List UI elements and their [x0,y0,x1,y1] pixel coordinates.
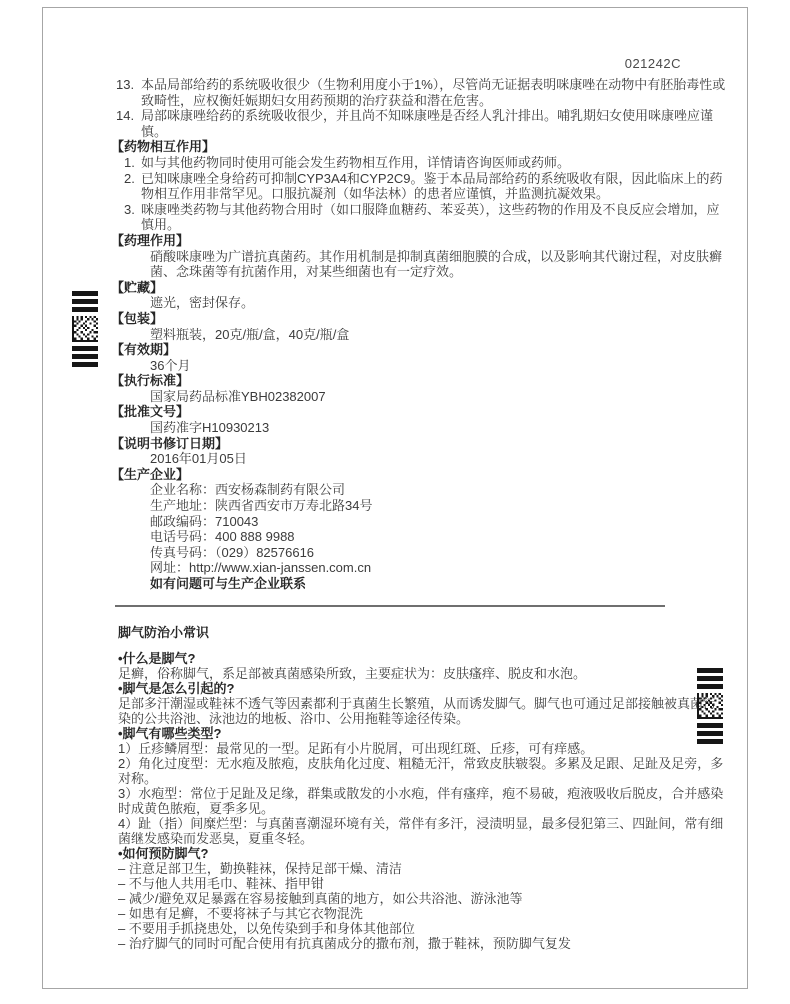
section-heading-storage: 【贮藏】 [111,280,727,296]
tips-answer-line: – 治疗脚气的同时可配合使用有抗真菌成分的撒布剂，撒于鞋袜，预防脚气复发 [118,936,724,951]
section-body-standard: 国家局药品标准YBH02382007 [150,389,727,405]
section-body-shelf-life: 36个月 [150,358,727,374]
section-heading-drug-interactions: 【药物相互作用】 [111,139,727,155]
tips-answer-line: 1）丘疹鳞屑型：最常见的一型。足跖有小片脱屑，可出现红斑、丘疹，可有痒感。 [118,741,724,756]
contact-note: 如有问题可与生产企业联系 [150,576,727,592]
list-text: 本品局部给药的系统吸收很少（生物利用度小于1%），尽管尚无证据表明咪康唑在动物中… [141,77,727,108]
section-body-revision-date: 2016年01月05日 [150,451,727,467]
section-heading-revision-date: 【说明书修订日期】 [111,436,727,452]
tips-answer-line: 3）水疱型：常位于足趾及足缘，群集或散发的小水疱，伴有瘙痒，疱不易破，疱液吸收后… [118,786,724,816]
tips-question: •脚气是怎么引起的? [118,681,724,696]
interaction-item-2: 2. 已知咪康唑全身给药可抑制CYP3A4和CYP2C9。鉴于本品局部给药的系统… [111,171,727,202]
list-number: 13. [111,77,141,108]
interaction-item-3: 3. 咪康唑类药物与其他药物合用时（如口服降血糖药、苯妥英），这些药物的作用及不… [111,202,727,233]
section-heading-pharmacology: 【药理作用】 [111,233,727,249]
manufacturer-fax-line: 传真号码：（029）82576616 [150,545,727,561]
precaution-item-14: 14. 局部咪康唑给药的系统吸收很少，并且尚不知咪康唑是否经人乳汁排出。哺乳期妇… [111,108,727,139]
section-heading-approval-number: 【批准文号】 [111,404,727,420]
package-insert-page: 021242C 13. 本品局部给药的系统吸收很少（生物利用度小于1%），尽管尚… [42,7,748,989]
section-heading-packaging: 【包装】 [111,311,727,327]
manufacturer-phone-line: 电话号码：400 888 9988 [150,529,727,545]
barcode-bars-icon [72,291,98,312]
manufacturer-name-line: 企业名称：西安杨森制药有限公司 [150,482,727,498]
tips-answer-line: 足部多汗潮湿或鞋袜不透气等因素都利于真菌生长繁殖，从而诱发脚气。脚气也可通过足部… [118,696,724,726]
list-number: 2. [111,171,141,202]
registration-mark-right [697,668,723,744]
list-text: 咪康唑类药物与其他药物合用时（如口服降血糖药、苯妥英），这些药物的作用及不良反应… [141,202,727,233]
section-divider-line [115,605,665,607]
list-number: 3. [111,202,141,233]
tips-answer-line: – 减少/避免双足暴露在容易接触到真菌的地方，如公共浴池、游泳池等 [118,891,724,906]
manufacturer-postcode-line: 邮政编码：710043 [150,514,727,530]
tips-title: 脚气防治小常识 [118,625,724,640]
barcode-bars-icon [697,668,723,689]
datamatrix-icon [697,693,723,719]
manufacturer-address-line: 生产地址：陕西省西安市万寿北路34号 [150,498,727,514]
section-heading-standard: 【执行标准】 [111,373,727,389]
registration-mark-left [72,291,98,367]
tips-answer-line: – 不要用手抓挠患处，以免传染到手和身体其他部位 [118,921,724,936]
list-text: 已知咪康唑全身给药可抑制CYP3A4和CYP2C9。鉴于本品局部给药的系统吸收有… [141,171,727,202]
barcode-bars-icon [697,723,723,744]
tips-answer-line: 4）趾（指）间糜烂型：与真菌喜潮湿环境有关，常伴有多汗，浸渍明显，最多侵犯第三、… [118,816,724,846]
tips-answer-line: 2）角化过度型：无水疱及脓疱，皮肤角化过度、粗糙无汗，常致皮肤皲裂。多累及足跟、… [118,756,724,786]
list-number: 14. [111,108,141,139]
tips-question: •如何预防脚气? [118,846,724,861]
section-body-storage: 遮光，密封保存。 [150,295,727,311]
section-body-pharmacology: 硝酸咪康唑为广谱抗真菌药。其作用机制是抑制真菌细胞膜的合成，以及影响其代谢过程，… [150,249,727,280]
tips-question: •脚气有哪些类型? [118,726,724,741]
list-text: 局部咪康唑给药的系统吸收很少，并且尚不知咪康唑是否经人乳汁排出。哺乳期妇女使用咪… [141,108,727,139]
barcode-bars-icon [72,346,98,367]
tips-answer-line: – 不与他人共用毛巾、鞋袜、指甲钳 [118,876,724,891]
precaution-item-13: 13. 本品局部给药的系统吸收很少（生物利用度小于1%），尽管尚无证据表明咪康唑… [111,77,727,108]
interaction-item-1: 1. 如与其他药物同时使用可能会发生药物相互作用，详情请咨询医师或药师。 [111,155,727,171]
athletes-foot-tips-section: 脚气防治小常识 •什么是脚气? 足癣，俗称脚气，系足部被真菌感染所致，主要症状为… [118,625,724,951]
list-number: 1. [111,155,141,171]
list-text: 如与其他药物同时使用可能会发生药物相互作用，详情请咨询医师或药师。 [141,155,727,171]
tips-answer-line: 足癣，俗称脚气，系足部被真菌感染所致，主要症状为：皮肤瘙痒、脱皮和水泡。 [118,666,724,681]
main-content: 13. 本品局部给药的系统吸收很少（生物利用度小于1%），尽管尚无证据表明咪康唑… [111,77,727,592]
tips-answer-line: – 如患有足癣，不要将袜子与其它衣物混洗 [118,906,724,921]
manufacturer-website-line: 网址：http://www.xian-janssen.com.cn [150,560,727,576]
section-body-packaging: 塑料瓶装，20克/瓶/盒，40克/瓶/盒 [150,327,727,343]
section-heading-manufacturer: 【生产企业】 [111,467,727,483]
tips-question: •什么是脚气? [118,651,724,666]
tips-answer-line: – 注意足部卫生，勤换鞋袜，保持足部干燥、清洁 [118,861,724,876]
section-body-approval-number: 国药准字H10930213 [150,420,727,436]
datamatrix-icon [72,316,98,342]
section-heading-shelf-life: 【有效期】 [111,342,727,358]
document-code: 021242C [625,56,681,71]
